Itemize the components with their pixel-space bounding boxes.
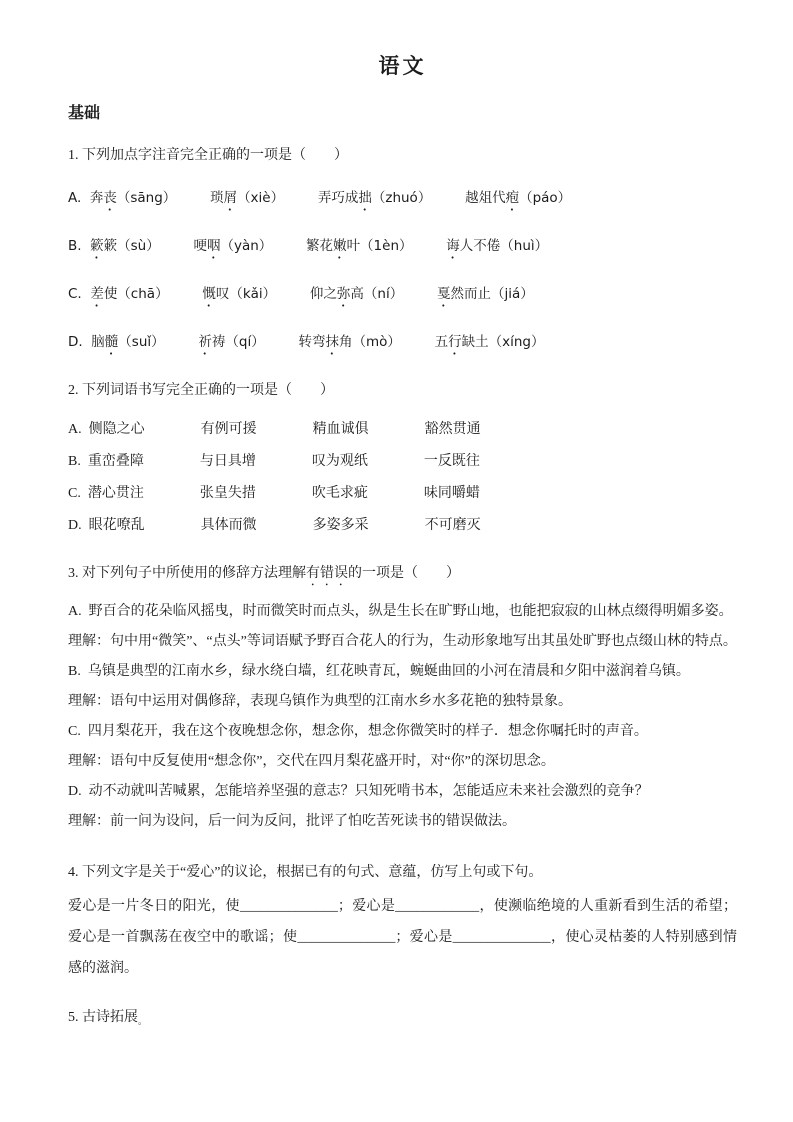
q3-option-c-sentence: C. 四月梨花开，我在这个夜晚想念你，想念你，想念你微笑时的样子．想念你嘱托时的… xyxy=(68,717,737,747)
q5-trailing-period: 。 xyxy=(138,1016,147,1026)
q4-stem: 4. 下列文字是关于“爱心”的议论，根据已有的句式、意蕴，仿写上句或下句。 xyxy=(68,863,737,883)
question-5: 5. 古诗拓展。 xyxy=(68,1008,737,1031)
section-heading: 基础 xyxy=(68,104,737,124)
q3-option-b-analysis: 理解：语句中运用对偶修辞，表现乌镇作为典型的江南水乡水多花艳的独特景象。 xyxy=(68,687,737,717)
q1-option-a: A. 奔丧（sāng） 琐屑（xiè） 弄巧成拙（zhuó） 越俎代疱（páo） xyxy=(68,188,737,214)
q1-stem: 1. 下列加点字注音完全正确的一项是（ ） xyxy=(68,146,737,166)
q1-option-b: B. 簌簌（sù） 哽咽（yàn） 繁花嫩叶（1èn） 诲人不倦（huì） xyxy=(68,236,737,262)
question-1: 1. 下列加点字注音完全正确的一项是（ ） A. 奔丧（sāng） 琐屑（xiè… xyxy=(68,146,737,358)
q2-option-d: D. 眼花嘹乱 具体而微 多姿多采 不可磨灭 xyxy=(68,516,737,536)
q5-stem: 5. 古诗拓展。 xyxy=(68,1008,737,1031)
q5-stem-text: 5. 古诗拓展 xyxy=(68,1010,138,1025)
q3-option-a-analysis: 理解：句中用“微笑”、“点头”等词语赋予野百合花人的行为，生动形象地写出其虽处旷… xyxy=(68,627,737,657)
q2-option-a: A. 侧隐之心 有例可援 精血诚俱 豁然贯通 xyxy=(68,420,737,440)
q3-option-d-sentence: D. 动不动就叫苦喊累，怎能培养坚强的意志？只知死啃书本，怎能适应未来社会激烈的… xyxy=(68,777,737,807)
q3-option-b-sentence: B. 乌镇是典型的江南水乡，绿水绕白墙，红花映青瓦，蜿蜒曲回的小河在清晨和夕阳中… xyxy=(68,657,737,687)
q4-fill-in-text: 爱心是一片冬日的阳光，使______________；爱心是__________… xyxy=(68,891,737,984)
q1-option-c: C. 差使（chā） 慨叹（kǎi） 仰之弥高（ní） 戛然而止（jiá） xyxy=(68,284,737,310)
q3-stem: 3. 对下列句子中所使用的修辞方法理解有错误的一项是（ ） xyxy=(68,564,737,589)
question-3: 3. 对下列句子中所使用的修辞方法理解有错误的一项是（ ） A. 野百合的花朵临… xyxy=(68,564,737,837)
q2-option-c: C. 潜心贯注 张皇失措 吹毛求疵 味同嚼蜡 xyxy=(68,484,737,504)
document-title: 语文 xyxy=(68,52,737,80)
question-4: 4. 下列文字是关于“爱心”的议论，根据已有的句式、意蕴，仿写上句或下句。 爱心… xyxy=(68,863,737,984)
q1-option-d: D. 脑髓（suǐ） 祈祷（qí） 转弯抹角（mò） 五行缺土（xíng） xyxy=(68,332,737,358)
document-page: 语文 基础 1. 下列加点字注音完全正确的一项是（ ） A. 奔丧（sāng） … xyxy=(0,0,793,1122)
q2-stem: 2. 下列词语书写完全正确的一项是（ ） xyxy=(68,381,737,401)
question-2: 2. 下列词语书写完全正确的一项是（ ） A. 侧隐之心 有例可援 精血诚俱 豁… xyxy=(68,381,737,536)
q3-option-c-analysis: 理解：语句中反复使用“想念你”，交代在四月梨花盛开时，对“你”的深切思念。 xyxy=(68,747,737,777)
q3-option-d-analysis: 理解：前一问为设问，后一问为反问，批评了怕吃苦死读书的错误做法。 xyxy=(68,807,737,837)
q3-option-a-sentence: A. 野百合的花朵临风摇曳，时而微笑时而点头，纵是生长在旷野山地，也能把寂寂的山… xyxy=(68,597,737,627)
q2-option-b: B. 重峦叠障 与日具增 叹为观纸 一反既往 xyxy=(68,452,737,472)
